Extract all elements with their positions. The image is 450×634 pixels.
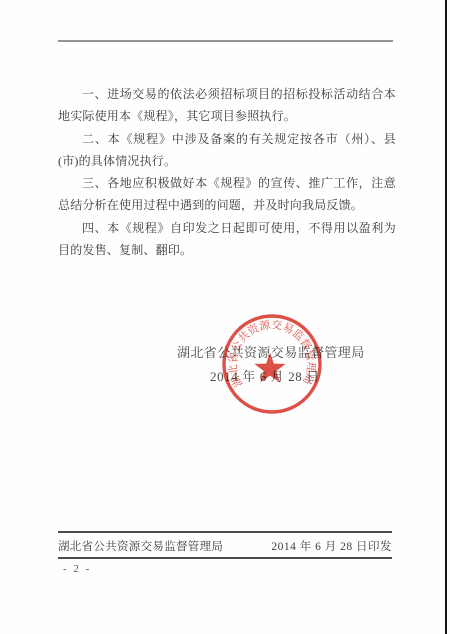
footer-print-date: 2014 年 6 月 28 日印发	[271, 538, 392, 554]
paragraph-4: 四、本《规程》自印发之日起即可使用，不得用以盈利为目的发售、复制、翻印。	[58, 217, 396, 262]
top-rule	[58, 40, 393, 42]
footer-row: 湖北省公共资源交易监督管理局 2014 年 6 月 28 日印发	[58, 538, 392, 554]
paragraph-2: 二、本《规程》中涉及备案的有关规定按各市（州）、县(市)的具体情况执行。	[58, 128, 396, 173]
document-page: 一、进场交易的依法必须招标项目的招标投标活动结合本地实际使用本《规程》，其它项目…	[0, 0, 450, 634]
page-number: - 2 -	[63, 563, 91, 575]
footer-rule-bottom	[58, 557, 392, 559]
official-seal: 湖北省公共资源交易监督管理局	[217, 309, 327, 419]
footer-issuer: 湖北省公共资源交易监督管理局	[58, 538, 223, 554]
body-text: 一、进场交易的依法必须招标项目的招标投标活动结合本地实际使用本《规程》，其它项目…	[58, 83, 396, 261]
paragraph-1: 一、进场交易的依法必须招标项目的招标投标活动结合本地实际使用本《规程》，其它项目…	[58, 83, 396, 128]
seal-star-icon	[254, 353, 285, 383]
paragraph-3: 三、各地应积极做好本《规程》的宣传、推广工作，注意总结分析在使用过程中遇到的问题…	[58, 172, 396, 217]
footer-rule-top	[58, 531, 392, 533]
scan-edge-line	[445, 0, 447, 634]
